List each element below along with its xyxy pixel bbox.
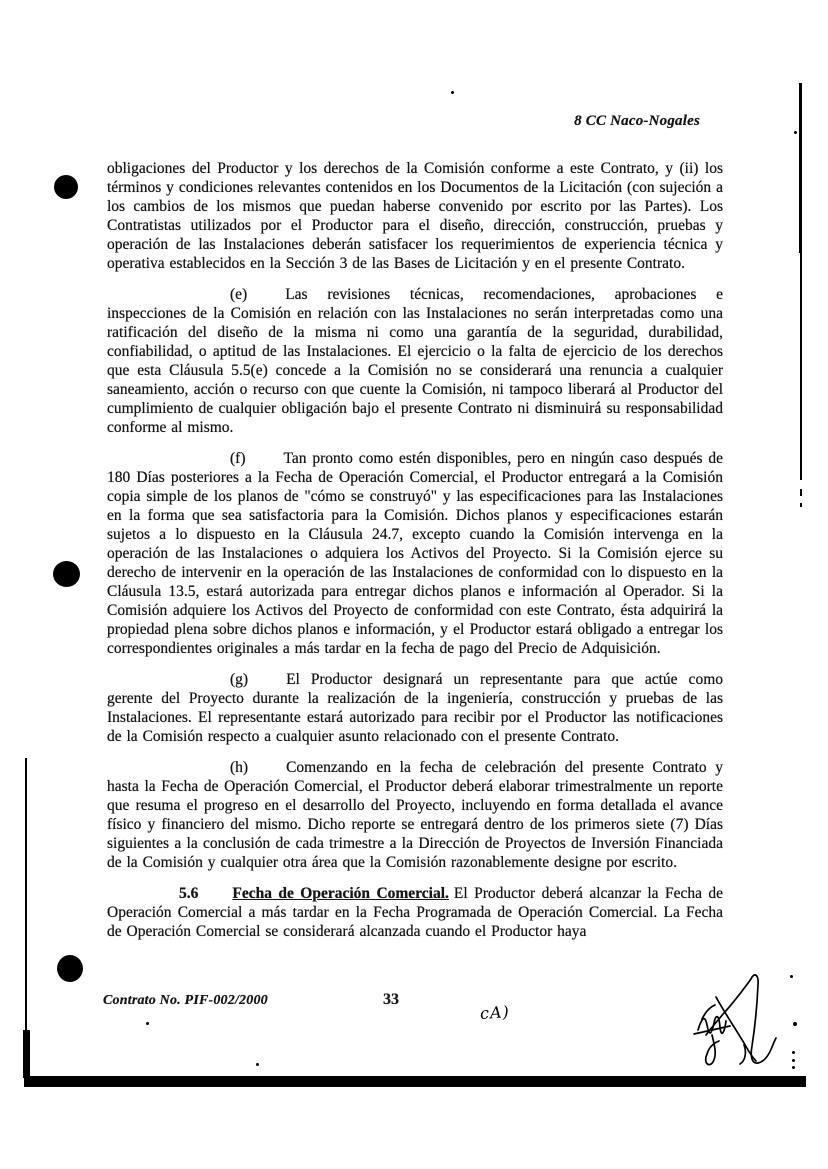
ink-speck [451, 91, 454, 94]
ink-speck [794, 131, 797, 134]
scan-edge-left [23, 1030, 30, 1078]
ink-speck [793, 1022, 797, 1026]
footer-contract-number: Contrato No. PIF-002/2000 [103, 993, 268, 1009]
clause-text-e: Las revisiones técnicas, recomendaciones… [107, 286, 723, 436]
section-title: Fecha de Operación Comercial. [232, 885, 449, 902]
paragraph-clause-h: (h)Comenzando en la fecha de celebración… [107, 758, 723, 872]
scanned-contract-page: 8 CC Naco-Nogales obligaciones del Produ… [0, 0, 828, 1169]
handwritten-signature-ink [688, 935, 793, 1070]
ink-speck [146, 1022, 149, 1025]
section-5-6: 5.6Fecha de Operación Comercial.El Produ… [107, 884, 723, 941]
document-body: obligaciones del Productor y los derecho… [107, 159, 723, 953]
clause-label-h: (h) [230, 759, 248, 776]
hole-punch-mark [53, 561, 80, 587]
scan-edge-right [799, 83, 802, 253]
scan-edge-right [800, 489, 802, 496]
clause-label-e: (e) [230, 286, 247, 303]
paragraph-continuation: obligaciones del Productor y los derecho… [107, 159, 723, 273]
clause-label-g: (g) [230, 671, 248, 688]
hole-punch-mark [57, 955, 83, 982]
scan-edge-left [25, 758, 27, 1032]
clause-text-g: El Productor designará un representante … [107, 671, 723, 745]
scan-edge-bottom [24, 1076, 806, 1087]
page-header-docket: 8 CC Naco-Nogales [574, 113, 700, 130]
section-number: 5.6 [179, 885, 198, 902]
paragraph-clause-e: (e)Las revisiones técnicas, recomendacio… [107, 285, 723, 437]
paragraph-clause-g: (g)El Productor designará un representan… [107, 670, 723, 746]
paragraph-clause-f: (f)Tan pronto como estén disponibles, pe… [107, 449, 723, 658]
scan-edge-right [800, 253, 802, 480]
clause-text-h: Comenzando en la fecha de celebración de… [107, 759, 723, 871]
footer-page-number: 33 [383, 991, 399, 1009]
clause-label-f: (f) [230, 450, 246, 467]
clause-text-f: Tan pronto como estén disponibles, pero … [107, 450, 723, 657]
handwritten-initials: cA) [479, 1002, 510, 1023]
hole-punch-mark [54, 175, 78, 199]
ink-speck [256, 1063, 259, 1066]
scan-edge-right [800, 503, 802, 507]
